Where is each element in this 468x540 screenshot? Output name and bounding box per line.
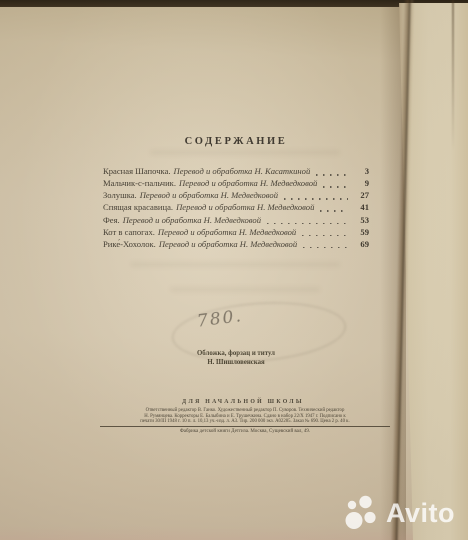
artwork-credits-line1: Обложка, форзац и титул bbox=[103, 350, 369, 359]
avito-watermark-text: Avito bbox=[386, 500, 455, 527]
toc-credit: Перевод и обработка Н. Медведковой bbox=[179, 178, 317, 188]
dot-leader bbox=[303, 247, 348, 249]
dot-leader bbox=[316, 174, 348, 176]
toc-story-title: Красная Шапочка. bbox=[103, 166, 171, 176]
toc-page-number: 9 bbox=[353, 178, 369, 188]
toc-story-title: Золушка. bbox=[103, 190, 137, 200]
dot-leader bbox=[267, 223, 348, 225]
toc-page-number: 59 bbox=[353, 227, 369, 237]
imprint-divider bbox=[100, 426, 390, 427]
toc-row: Рике́-Хохолок. Перевод и обработка Н. Ме… bbox=[103, 239, 369, 251]
toc-page-number: 69 bbox=[353, 239, 369, 249]
audience-line: ДЛЯ НАЧАЛЬНОЙ ШКОЛЫ bbox=[93, 399, 393, 405]
imprint-block: Ответственный редактор В. Ганко. Художес… bbox=[100, 408, 390, 425]
toc-story-title: Рике́-Хохолок. bbox=[103, 239, 156, 249]
toc-page-number: 3 bbox=[353, 166, 369, 176]
toc-story-title: Фея. bbox=[103, 215, 120, 225]
showthrough-smudge bbox=[170, 287, 320, 292]
avito-circles-icon bbox=[345, 495, 381, 531]
toc-row: Кот в сапогах. Перевод и обработка Н. Ме… bbox=[103, 227, 369, 239]
toc-row: Золушка. Перевод и обработка Н. Медведко… bbox=[103, 190, 369, 202]
showthrough-smudge bbox=[130, 262, 340, 267]
avito-watermark: Avito bbox=[345, 495, 455, 531]
dot-leader bbox=[284, 198, 348, 200]
dot-leader bbox=[302, 235, 348, 237]
table-of-contents: Красная Шапочка. Перевод и обработка Н. … bbox=[103, 166, 369, 251]
toc-story-title: Кот в сапогах. bbox=[103, 227, 155, 237]
toc-row: Мальчик-с-пальчик. Перевод и обработка Н… bbox=[103, 178, 369, 190]
dot-leader bbox=[323, 186, 348, 188]
toc-page-number: 53 bbox=[353, 215, 369, 225]
artwork-credits: Обложка, форзац и титул Н. Шишловенская bbox=[103, 350, 369, 367]
toc-page-number: 27 bbox=[353, 190, 369, 200]
printer-address: Фабрика детской книги Детгиза. Москва, С… bbox=[100, 429, 390, 434]
toc-row: Спящая красавица. Перевод и обработка Н.… bbox=[103, 202, 369, 214]
artwork-credits-line2: Н. Шишловенская bbox=[103, 359, 369, 368]
page-title: СОДЕРЖАНИЕ bbox=[103, 136, 369, 147]
dot-leader bbox=[320, 210, 348, 212]
imprint-line3: печати 30/III 1948 г. 10 п. л. 10,13 уч.… bbox=[100, 419, 390, 425]
toc-story-title: Мальчик-с-пальчик. bbox=[103, 178, 176, 188]
toc-credit: Перевод и обработка Н. Медведковой bbox=[159, 239, 297, 249]
toc-credit: Перевод и обработка Н. Медведковой bbox=[123, 215, 261, 225]
toc-row: Красная Шапочка. Перевод и обработка Н. … bbox=[103, 166, 369, 178]
book-photo: СОДЕРЖАНИЕ Красная Шапочка. Перевод и об… bbox=[0, 0, 468, 540]
toc-story-title: Спящая красавица. bbox=[103, 202, 173, 212]
toc-row: Фея. Перевод и обработка Н. Медведковой … bbox=[103, 215, 369, 227]
toc-credit: Перевод и обработка Н. Медведковой bbox=[158, 227, 296, 237]
toc-credit: Перевод и обработка Н. Касаткиной bbox=[174, 166, 311, 176]
page-edge-line bbox=[452, 0, 454, 150]
toc-credit: Перевод и обработка Н. Медведковой bbox=[140, 190, 278, 200]
toc-credit: Перевод и обработка Н. Медведковой bbox=[176, 202, 314, 212]
contents-page bbox=[0, 7, 414, 540]
toc-page-number: 41 bbox=[353, 202, 369, 212]
showthrough-smudge bbox=[150, 150, 340, 155]
